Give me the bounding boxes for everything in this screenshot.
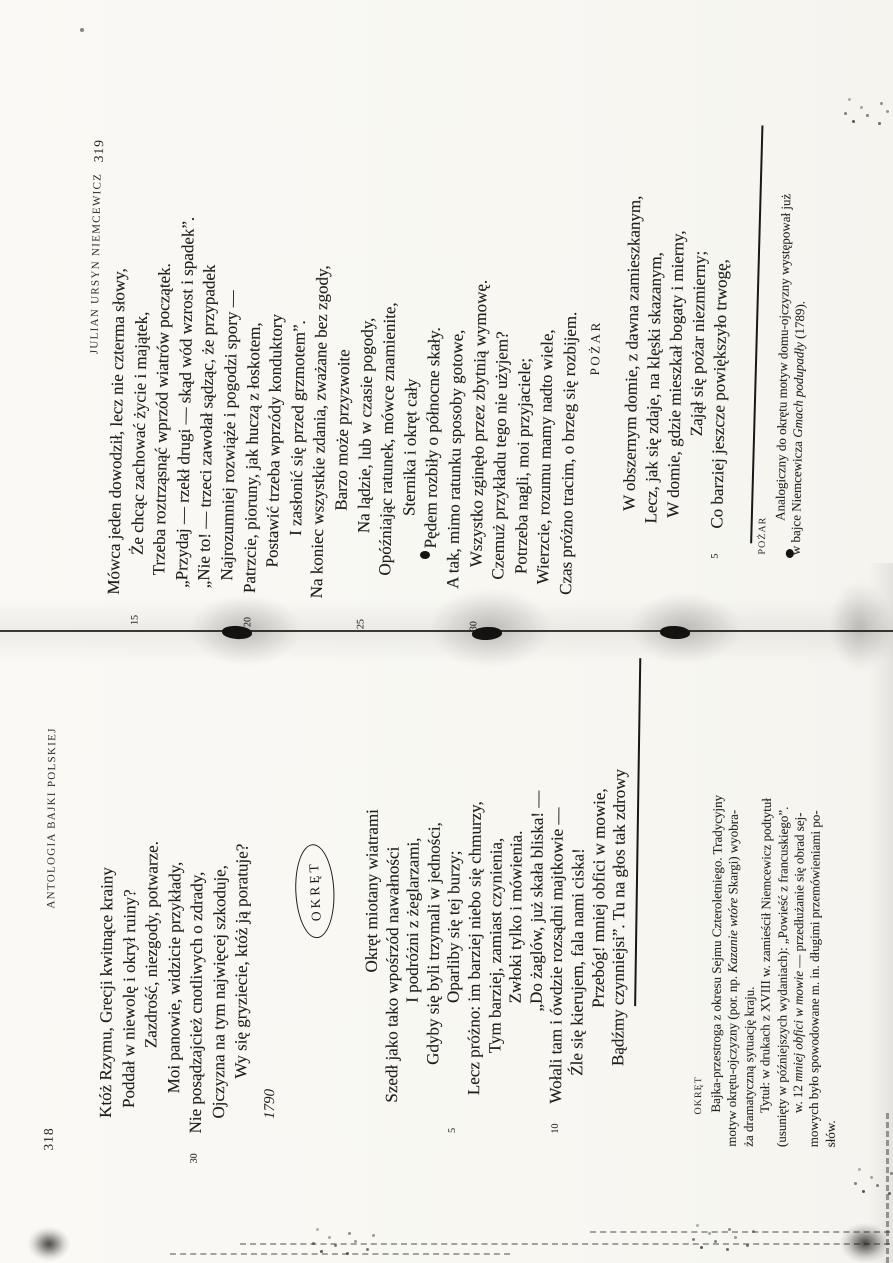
verse-text: A tak, mimo ratunku sposoby gotowe, bbox=[443, 329, 467, 589]
footnote-line-text: (usunięty w późniejszych wydaniach): „Po… bbox=[773, 807, 790, 1148]
pozar-poem: W obszernym domie, z dawna zamieszkanym,… bbox=[618, 195, 734, 528]
verse-line: Poddał w niewolę i okrył ruiny? bbox=[117, 841, 141, 1133]
verse-line: Zwłoki tylko i mówienia. bbox=[505, 768, 528, 1103]
footnote-line-text: ża dramatyczną sytuację kraju. bbox=[741, 987, 757, 1147]
footnote-line-text: motyw okrętu-ojczyzny (por. np. Kazanie … bbox=[724, 810, 741, 1147]
verse-text: Któż Rzymu, Grecji kwitnące krainy bbox=[96, 867, 117, 1118]
previous-poem-lines: Któż Rzymu, Grecji kwitnące krainy Podda… bbox=[95, 841, 254, 1134]
footnote-line: słów. bbox=[823, 647, 842, 1147]
verse-line: Zazdrość, niezgody, potwarze. bbox=[140, 841, 164, 1133]
ink-blot bbox=[786, 549, 794, 558]
verse-text: Nie posądzajcież cnotliwych o zdrady, bbox=[186, 872, 207, 1134]
footnote-text-segment: Tytuł: w drukach z XVIII w. zamieścił Ni… bbox=[757, 798, 774, 1113]
footnote-line: mowych było spowodowane m. in. długimi p… bbox=[806, 647, 825, 1147]
verse-text: Szedł jako tako wpośrzód nawałności bbox=[382, 847, 403, 1103]
verse-text: Wierzcie, rozumu mamy nadto wiele, bbox=[533, 329, 557, 584]
footnote-lines: Analogiczny do okrętu motyw domu-ojczyzn… bbox=[772, 110, 813, 556]
footnote-separator-left bbox=[634, 658, 641, 1006]
verse-text: Czemuż przykładu tego nie użyjem? bbox=[488, 331, 512, 580]
running-head-left: ANTOLOGIA BAJKI POLSKIEJ bbox=[45, 727, 58, 908]
line-number: 10 bbox=[551, 1124, 561, 1134]
verse-line: Bądźmy czynniejsi”. Tu na głos tak zdrow… bbox=[608, 769, 631, 1104]
verse-text: Co barziej jeszcze powiększyło trwogę, bbox=[707, 259, 731, 529]
gutter-smudge bbox=[430, 588, 550, 668]
footnote-right: POŻAR Analogiczny do okrętu motyw domu-o… bbox=[757, 109, 813, 555]
footnote-text-segment: ża dramatyczną sytuację kraju. bbox=[741, 987, 757, 1147]
dust-speck bbox=[80, 28, 84, 32]
verse-text: Na koniec wszystkie zdania, zważane bez … bbox=[307, 265, 332, 598]
footnote-line-text: mowych było spowodowane m. in. długimi p… bbox=[806, 810, 823, 1147]
page-319: JULIAN URSYN NIEMCEWICZ 319 Mówca jeden … bbox=[0, 0, 893, 644]
verse-text: Patrzcie, pioruny, jak huczą z łoskotem, bbox=[240, 322, 264, 593]
verse-line: Źle się kierujem, fala nami ciska! bbox=[567, 769, 590, 1104]
ink-blot bbox=[420, 551, 430, 559]
verse-line: Okręt miotany wiatrami bbox=[361, 767, 384, 1102]
okret-poem: Okręt miotany wiatrami Szedł jako tako w… bbox=[361, 767, 631, 1104]
footnote-left: OKRĘT Bajka-przestroga z okresu Sejmu Cz… bbox=[693, 647, 842, 1148]
line-number: 5 bbox=[711, 554, 721, 559]
verse-line: Tym barziej, zamiast czynienia, bbox=[485, 768, 508, 1103]
okret-title: OKRĘT bbox=[305, 861, 324, 922]
scan-bottom-haze bbox=[868, 563, 893, 1263]
pozar-poem-lines: W obszernym domie, z dawna zamieszkanym,… bbox=[618, 195, 734, 528]
verse-text: Mówca jeden dowodził, lecz nie czterma s… bbox=[104, 268, 129, 595]
verse-text: Czas próżno tracim, o brzeg się rozbijem… bbox=[556, 312, 580, 596]
footnote-text-segment: słów. bbox=[823, 1120, 838, 1147]
verse-text: Zajął się pożar niezmierny; bbox=[687, 251, 709, 437]
footnote-line-text: w. 12 mniej obfici w mowie — przedłużani… bbox=[790, 812, 807, 1113]
scan-edge-streak bbox=[886, 1113, 889, 1263]
footnote-text-segment: (usunięty w późniejszych wydaniach): „Po… bbox=[773, 807, 790, 1148]
gutter-smudge bbox=[630, 593, 740, 663]
footnote-text-segment: Kazanie wtóre bbox=[725, 898, 740, 973]
verse-line: „Do żaglów, już skała bliska! — bbox=[526, 768, 549, 1103]
verse-text: Lecz, jak się zdaje, na klęski skazanym, bbox=[641, 252, 665, 524]
footnote-text-segment: (1789). bbox=[792, 301, 808, 342]
footnote-text-segment: mniej obfici w mowie bbox=[790, 971, 806, 1082]
verse-text: Barzo może przyzwoite bbox=[331, 349, 353, 511]
verse-line: Któż Rzymu, Grecji kwitnące krainy bbox=[95, 841, 119, 1133]
footnote-line-text: słów. bbox=[823, 1120, 838, 1147]
line-number: 30 bbox=[190, 1153, 200, 1163]
verse-text: Źle się kierujem, fala nami ciska! bbox=[567, 848, 587, 1076]
footnote-lines: Bajka-przestroga z okresu Sejmu Czterole… bbox=[708, 647, 842, 1148]
verse-text: Trzeba roztrząsnąć wprzód wiatrów począt… bbox=[149, 263, 174, 576]
verse-text: Pędem rozbiły o północne skały. bbox=[421, 327, 444, 549]
verse-text: Potrzeba nagli, moi przyjaciele; bbox=[511, 358, 534, 575]
verse-line: I podróżni z żeglarzami, bbox=[402, 768, 425, 1103]
verse-text: Tym barziej, zamiast czynienia, bbox=[485, 838, 505, 1054]
footnote-text-segment: w bajce Niemcewicza bbox=[788, 438, 805, 556]
okret-poem-lines: Okręt miotany wiatrami Szedł jako tako w… bbox=[361, 767, 631, 1104]
okret-poem-continuation: Mówca jeden dowodził, lecz nie czterma s… bbox=[103, 215, 584, 603]
verse-line: Moi panowie, widzicie przykłady, bbox=[162, 841, 186, 1133]
scan-edge-noise bbox=[240, 1243, 890, 1245]
line-number: 5 bbox=[448, 1128, 458, 1133]
verse-line: Ojczyzna na tym najwięcej szkoduje, bbox=[207, 841, 231, 1133]
verse-text: Oparliby się tej burzy; bbox=[444, 850, 464, 1003]
verse-text: Lecz próżno: im barziej niebo się chmurz… bbox=[464, 801, 485, 1095]
verse-text: Na lądzie, lub w czasie pogody, bbox=[354, 317, 377, 533]
scan-specks bbox=[852, 120, 855, 123]
scan-specks bbox=[862, 1190, 865, 1193]
okret-continuation-lines: Mówca jeden dowodził, lecz nie czterma s… bbox=[103, 215, 584, 603]
verse-text: „Do żaglów, już skała bliska! — bbox=[526, 791, 546, 1012]
verse-line: 30Nie posądzajcież cnotliwych o zdrady, bbox=[185, 841, 209, 1133]
footnote-text-segment: Skargi) wyobra- bbox=[726, 810, 742, 898]
book-spread-rotated-scan: 318 ANTOLOGIA BAJKI POLSKIEJ Któż Rzymu,… bbox=[0, 0, 893, 1263]
page-318: 318 ANTOLOGIA BAJKI POLSKIEJ Któż Rzymu,… bbox=[0, 627, 893, 1263]
verse-text: Wszystko zginęło przez zbytnią wymowę. bbox=[466, 280, 490, 568]
scan-corner-blot bbox=[28, 1227, 70, 1261]
footnote-line-text: Bajka-przestroga z okresu Sejmu Czterole… bbox=[708, 795, 725, 1113]
verse-text: Że chcąc zachować życie i majątek, bbox=[127, 311, 150, 555]
verse-line: Wy się gryziecie, któż ją poratuje? bbox=[230, 842, 254, 1134]
verse-text: Bądźmy czynniejsi”. Tu na głos tak zdrow… bbox=[608, 769, 629, 1066]
footnote-label: OKRĘT bbox=[693, 647, 707, 1115]
page-number-left: 318 bbox=[41, 1127, 57, 1150]
verse-line: 5Oparliby się tej burzy; bbox=[443, 768, 466, 1103]
verse-line: 5Co barziej jeszcze powiększyło trwogę, bbox=[706, 197, 734, 529]
verse-text: „Nie to! — trzeci zawołał sądząc, że prz… bbox=[194, 264, 219, 588]
verse-line: Gdyby się byli trzymali w jedności, bbox=[423, 768, 446, 1103]
footnote-text-segment: — przedłużanie się obrad sej- bbox=[791, 812, 807, 971]
verse-text: Przebóg! mniej obfici w mowie, bbox=[588, 788, 608, 1008]
previous-poem-ending: Któż Rzymu, Grecji kwitnące krainy Podda… bbox=[95, 841, 280, 1134]
okret-title-oval: OKRĘT bbox=[293, 843, 336, 939]
verse-text: Ojczyzna na tym najwięcej szkoduje, bbox=[208, 865, 229, 1119]
verse-line: 10Wołali tam i ówdzie rozsądni majtkowie… bbox=[546, 769, 569, 1104]
scan-specks bbox=[700, 1246, 703, 1249]
verse-line: Lecz próżno: im barziej niebo się chmurz… bbox=[464, 768, 487, 1103]
scan-edge-noise bbox=[170, 1253, 510, 1255]
verse-text: Wy się gryziecie, któż ją poratuje? bbox=[231, 844, 251, 1079]
footnote-text-segment: Gmach podupadły bbox=[790, 342, 807, 438]
footnote-text-segment: motyw okrętu-ojczyzny (por. np. bbox=[724, 973, 740, 1147]
verse-text: I zasłonić się przed grzmotem”. bbox=[286, 320, 309, 536]
verse-text: Postawić trzeba wprzódy konduktory bbox=[263, 314, 287, 568]
verse-line: Przebóg! mniej obfici w mowie, bbox=[588, 769, 611, 1104]
page-number-right: 319 bbox=[91, 139, 107, 163]
verse-text: Sternika i okręt cały bbox=[399, 379, 421, 517]
gutter-smudge bbox=[190, 595, 300, 665]
verse-text: Wołali tam i ówdzie rozsądni majtkowie — bbox=[546, 808, 567, 1104]
verse-line: Szedł jako tako wpośrzód nawałności bbox=[382, 768, 405, 1103]
footnote-line-text: Tytuł: w drukach z XVIII w. zamieścił Ni… bbox=[757, 798, 774, 1113]
verse-text: Zazdrość, niezgody, potwarze. bbox=[141, 841, 161, 1048]
verse-text: Poddał w niewolę i okrył ruiny? bbox=[119, 889, 139, 1108]
verse-text: I podróżni z żeglarzami, bbox=[403, 838, 423, 1003]
scanned-book-spread: 318 ANTOLOGIA BAJKI POLSKIEJ Któż Rzymu,… bbox=[0, 0, 893, 1263]
verse-text: Gdyby się byli trzymali w jedności, bbox=[423, 822, 443, 1065]
poem-date: 1790 bbox=[261, 842, 280, 1119]
verse-text: Najrozumniej rozwiąże i pogodzi spory — bbox=[217, 290, 241, 581]
pozar-title: POŻAR bbox=[587, 320, 604, 375]
verse-text: Opóźniając ratunek, mówce znamienite, bbox=[375, 302, 399, 576]
footnote-text-segment: Bajka-przestroga z okresu Sejmu Czterole… bbox=[708, 795, 725, 1113]
verse-text: Zwłoki tylko i mówienia. bbox=[506, 831, 526, 1004]
verse-text: Moi panowie, widzicie przykłady, bbox=[164, 862, 184, 1094]
running-head-right: JULIAN URSYN NIEMCEWICZ bbox=[88, 173, 103, 355]
footnote-text-segment: w. 12 bbox=[790, 1082, 805, 1113]
verse-text: Okręt miotany wiatrami bbox=[362, 809, 382, 972]
footnote-text-segment: mowych było spowodowane m. in. długimi p… bbox=[806, 810, 823, 1147]
verse-text: W domie, gdzie mieszkał bogaty i mierny, bbox=[663, 230, 687, 518]
scan-specks bbox=[320, 1250, 323, 1253]
